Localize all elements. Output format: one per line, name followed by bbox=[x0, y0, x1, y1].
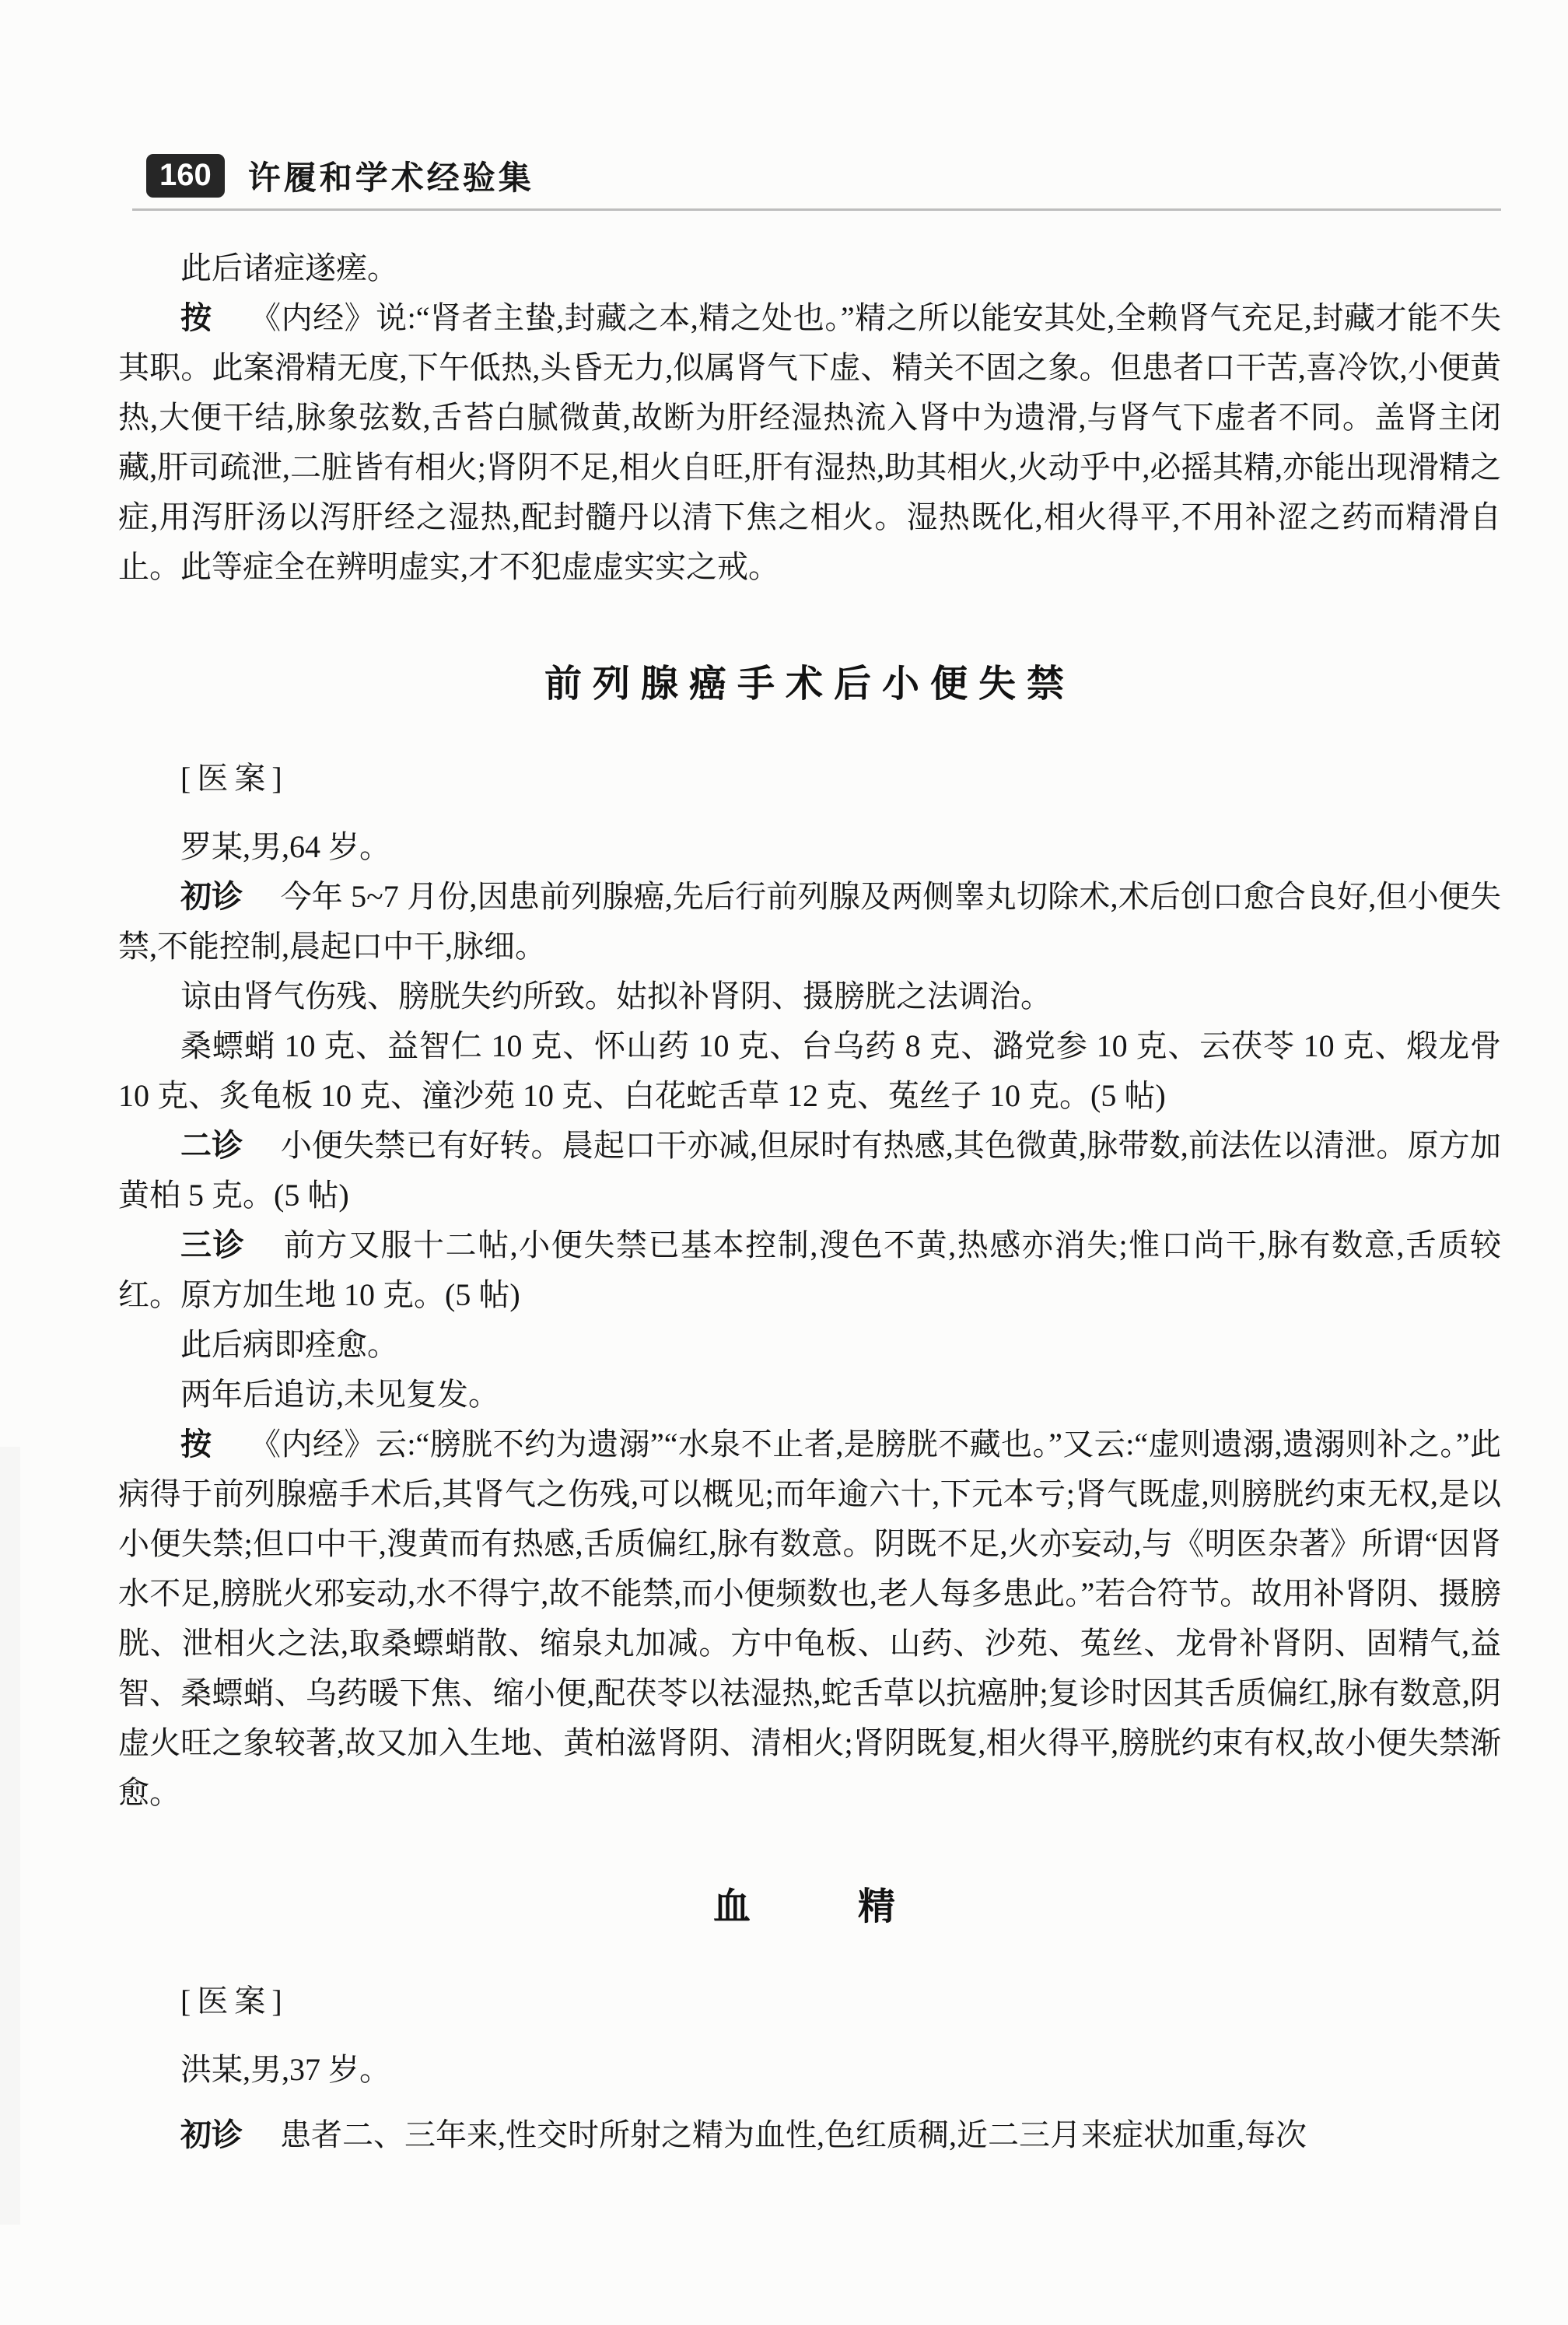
patient-line-prostate: 罗某,男,64 岁。 bbox=[118, 822, 1501, 872]
paragraph-text: 桑螵蛸 10 克、益智仁 10 克、怀山药 10 克、台乌药 8 克、潞党参 1… bbox=[118, 1028, 1501, 1113]
paragraph-second-visit: 二诊 小便失禁已有好转。晨起口干亦减,但尿时有热感,其色微黄,脉带数,前法佐以清… bbox=[118, 1121, 1501, 1220]
paragraph-commentary: 按 《内经》云:“膀胱不约为遗溺”“水泉不止者,是膀胱不藏也。”又云:“虚则遗溺… bbox=[118, 1420, 1501, 1818]
book-page: 160 许履和学术经验集 此后诸症遂瘥。 按 《内经》说:“肾者主蛰,封藏之本,… bbox=[0, 0, 1568, 2325]
note-paragraph: 按 《内经》说:“肾者主蛰,封藏之本,精之处也。”精之所以能安其处,全赖肾气充足… bbox=[118, 293, 1501, 592]
paragraph-third-visit: 三诊 前方又服十二帖,小便失禁已基本控制,溲色不黄,热感亦消失;惟口尚干,脉有数… bbox=[118, 1220, 1501, 1320]
book-title: 许履和学术经验集 bbox=[248, 152, 534, 199]
note-label-prostate: 按 bbox=[180, 1427, 212, 1462]
note-text: 《内经》说:“肾者主蛰,封藏之本,精之处也。”精之所以能安其处,全赖肾气充足,封… bbox=[118, 300, 1501, 584]
page-content: 160 许履和学术经验集 此后诸症遂瘥。 按 《内经》说:“肾者主蛰,封藏之本,… bbox=[0, 152, 1568, 2160]
closing-line: 此后诸症遂瘥。 bbox=[118, 243, 1501, 293]
paragraph-text: 谅由肾气伤残、膀胱失约所致。姑拟补肾阴、摄膀胱之法调治。 bbox=[180, 979, 1052, 1014]
page-number-badge: 160 bbox=[146, 154, 225, 198]
paragraph-recovery: 此后病即痊愈。 bbox=[118, 1320, 1501, 1370]
patient-line-text: 洪某,男,37 岁。 bbox=[180, 2052, 390, 2087]
paragraph-text: 此后病即痊愈。 bbox=[180, 1327, 398, 1362]
paragraph-followup: 两年后追访,未见复发。 bbox=[118, 1370, 1501, 1420]
paragraph-prescription: 桑螵蛸 10 克、益智仁 10 克、怀山药 10 克、台乌药 8 克、潞党参 1… bbox=[118, 1021, 1501, 1121]
case-label-blood: [医案] bbox=[118, 1977, 1501, 2026]
paragraph-text: 今年 5~7 月份,因患前列腺癌,先后行前列腺及两侧睾丸切除术,术后创口愈合良好… bbox=[118, 879, 1501, 964]
case-label-text: [医案] bbox=[180, 761, 289, 796]
paragraph-text: 《内经》云:“膀胱不约为遗溺”“水泉不止者,是膀胱不藏也。”又云:“虚则遗溺,遗… bbox=[118, 1427, 1501, 1810]
paragraph-first-visit-blood: 初诊 患者二、三年来,性交时所射之精为血性,色红质稠,近二三月来症状加重,每次 bbox=[118, 2110, 1501, 2160]
section-title-prostate: 前列腺癌手术后小便失禁 bbox=[118, 657, 1501, 712]
visit-label-first-blood: 初诊 bbox=[180, 2118, 243, 2152]
patient-line-blood: 洪某,男,37 岁。 bbox=[118, 2045, 1501, 2095]
visit-label-second: 二诊 bbox=[180, 1129, 243, 1163]
note-label: 按 bbox=[180, 301, 212, 335]
case-label-prostate: [医案] bbox=[118, 754, 1501, 804]
body-text: 此后诸症遂瘥。 按 《内经》说:“肾者主蛰,封藏之本,精之处也。”精之所以能安其… bbox=[118, 243, 1501, 2160]
visit-label-first: 初诊 bbox=[180, 880, 243, 914]
paragraph-text: 小便失禁已有好转。晨起口干亦减,但尿时有热感,其色微黄,脉带数,前法佐以清泄。原… bbox=[118, 1128, 1501, 1213]
closing-line-text: 此后诸症遂瘥。 bbox=[180, 250, 398, 285]
header-rule bbox=[132, 208, 1501, 211]
case-label-text: [医案] bbox=[180, 1984, 289, 2019]
section-title-blood: 血 精 bbox=[118, 1880, 1501, 1935]
paragraph-diagnosis: 谅由肾气伤残、膀胱失约所致。姑拟补肾阴、摄膀胱之法调治。 bbox=[118, 972, 1501, 1021]
paragraph-text: 两年后追访,未见复发。 bbox=[180, 1377, 499, 1412]
paragraph-first-visit: 初诊 今年 5~7 月份,因患前列腺癌,先后行前列腺及两侧睾丸切除术,术后创口愈… bbox=[118, 872, 1501, 972]
paragraph-text: 前方又服十二帖,小便失禁已基本控制,溲色不黄,热感亦消失;惟口尚干,脉有数意,舌… bbox=[118, 1227, 1501, 1312]
paragraph-text: 患者二、三年来,性交时所射之精为血性,色红质稠,近二三月来症状加重,每次 bbox=[280, 2117, 1307, 2152]
patient-line-text: 罗某,男,64 岁。 bbox=[180, 829, 390, 864]
running-header: 160 许履和学术经验集 bbox=[146, 152, 1501, 199]
visit-label-third: 三诊 bbox=[180, 1228, 245, 1262]
